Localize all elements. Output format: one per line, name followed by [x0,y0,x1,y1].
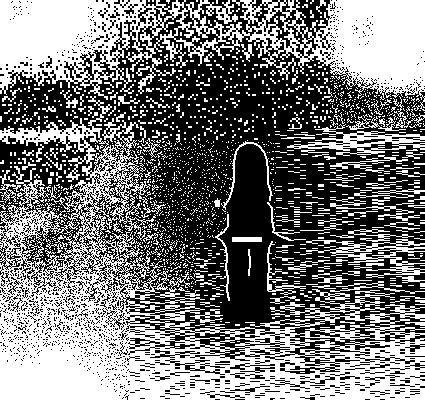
dithered-photo-canvas [0,0,425,400]
dithered-photo [0,0,425,400]
